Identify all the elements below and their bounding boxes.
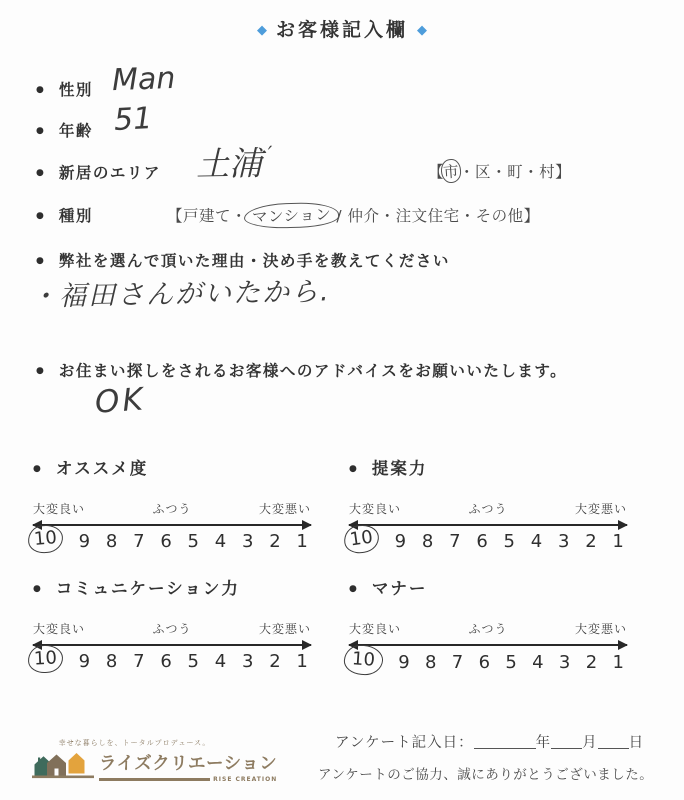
score-8: 8 xyxy=(106,531,117,552)
score-1: 1 xyxy=(612,652,623,673)
rating-label-communication: コミュニケーション力 xyxy=(56,575,240,599)
selected-score-circle: 10 xyxy=(343,644,384,677)
type-option-brokerage: 仲介 xyxy=(348,207,380,225)
field-row-age: ● 年齢 xyxy=(36,119,93,141)
page-title-text: お客様記入欄 xyxy=(276,19,408,41)
advice-label: お住まい探しをされるお客様へのアドバイスをお願いいたします。 xyxy=(59,359,567,381)
axis-label-worst: 大変悪い xyxy=(259,500,311,517)
bracket-close: 】 xyxy=(524,207,540,225)
page-title: ◆お客様記入欄◆ xyxy=(0,15,684,42)
area-option-ward: 区 xyxy=(475,163,491,181)
axis-label-best: 大変良い xyxy=(33,620,85,637)
area-option-town: 町 xyxy=(507,163,523,181)
score-10: 10 xyxy=(33,648,57,670)
scale-numbers: 10 9 8 7 6 5 4 3 2 1 xyxy=(349,530,627,553)
axis-labels: 大変良い ふつう 大変悪い xyxy=(33,500,311,517)
score-9: 9 xyxy=(79,651,90,672)
separator-dot: ・ xyxy=(380,207,396,225)
diamond-icon: ◆ xyxy=(417,23,427,38)
score-1: 1 xyxy=(612,531,623,552)
bullet-icon: ● xyxy=(36,168,44,178)
score-1: 1 xyxy=(296,651,307,672)
field-row-gender: ● 性別 xyxy=(36,78,93,100)
logo-company-name: ライズクリエーション xyxy=(99,750,277,775)
field-row-reason: ● 弊社を選んで頂いた理由・決め手を教えてください xyxy=(36,249,450,271)
scale-numbers: 10 9 8 7 6 5 4 3 2 1 xyxy=(33,650,311,673)
type-label: 種別 xyxy=(59,204,93,226)
gender-handwritten-value: Man xyxy=(111,61,175,98)
axis-label-normal: ふつう xyxy=(152,620,191,637)
year-label: 年 xyxy=(536,735,552,751)
type-option-other: その他 xyxy=(476,207,524,225)
month-label: 月 xyxy=(582,735,598,751)
logo-underline-bar xyxy=(99,778,210,781)
score-4: 4 xyxy=(215,531,226,552)
rating-scale-recommendation: ● オススメ度 大変良い ふつう 大変悪い 10 9 8 7 6 5 4 3 2… xyxy=(33,455,311,553)
field-row-type: ● 種別 xyxy=(36,204,93,226)
type-option-custom: 注文住宅 xyxy=(396,207,460,225)
axis-label-best: 大変良い xyxy=(349,620,401,637)
bullet-icon: ● xyxy=(349,464,357,474)
score-7: 7 xyxy=(449,531,460,552)
reason-handwritten-answer: ・福田さんがいたから. xyxy=(30,269,331,313)
field-row-area: ● 新居のエリア xyxy=(36,161,161,183)
score-7: 7 xyxy=(133,651,144,672)
scale-numbers: 10 9 8 7 6 5 4 3 2 1 xyxy=(349,650,627,675)
score-8: 8 xyxy=(425,652,436,673)
date-blank-month xyxy=(551,735,582,749)
score-6: 6 xyxy=(479,652,490,673)
age-handwritten-value: 51 xyxy=(113,101,153,138)
bullet-icon: ● xyxy=(36,85,44,95)
separator-dot: ・ xyxy=(491,163,507,181)
rating-scale-header: ● コミュニケーション力 xyxy=(33,575,311,599)
rating-label-proposal: 提案力 xyxy=(372,455,428,479)
score-8: 8 xyxy=(106,651,117,672)
rating-label-recommendation: オススメ度 xyxy=(56,455,148,479)
score-8: 8 xyxy=(422,531,433,552)
score-5: 5 xyxy=(188,651,199,672)
axis-label-worst: 大変悪い xyxy=(575,620,627,637)
score-4: 4 xyxy=(532,652,543,673)
reason-label: 弊社を選んで頂いた理由・決め手を教えてください xyxy=(59,249,450,271)
score-3: 3 xyxy=(242,651,253,672)
diamond-icon: ◆ xyxy=(257,23,267,38)
score-3: 3 xyxy=(559,652,570,673)
company-logo: 幸せな暮らしを、トータルプロデュース。 ライズクリエーション RISE CREA… xyxy=(32,738,237,783)
survey-date-label: アンケート記入日： xyxy=(335,735,474,751)
bullet-icon: ● xyxy=(36,256,44,266)
bullet-icon: ● xyxy=(33,464,41,474)
score-9: 9 xyxy=(398,652,409,673)
gender-label: 性別 xyxy=(59,78,93,100)
area-option-village: 村 xyxy=(539,163,555,181)
axis-label-worst: 大変悪い xyxy=(575,500,627,517)
bullet-icon: ● xyxy=(36,366,44,376)
field-row-advice: ● お住まい探しをされるお客様へのアドバイスをお願いいたします。 xyxy=(36,359,567,381)
survey-date-line: アンケート記入日：年月日 xyxy=(335,731,644,752)
area-label: 新居のエリア xyxy=(59,161,161,183)
rating-scale-communication: ● コミュニケーション力 大変良い ふつう 大変悪い 10 9 8 7 6 5 … xyxy=(33,575,311,673)
score-5: 5 xyxy=(188,531,199,552)
bullet-icon: ● xyxy=(33,584,41,594)
score-10: 10 xyxy=(33,527,58,550)
axis-label-normal: ふつう xyxy=(152,500,191,517)
score-6: 6 xyxy=(476,531,487,552)
bullet-icon: ● xyxy=(36,126,44,136)
type-option-mansion-circled: マンション xyxy=(244,201,340,229)
separator-dot: ・ xyxy=(460,207,476,225)
score-2: 2 xyxy=(269,531,280,552)
score-2: 2 xyxy=(586,652,597,673)
survey-scan-page: ◆お客様記入欄◆ ● 性別 Man ● 年齢 51 ● 新居のエリア 土浦′ 【… xyxy=(0,0,684,800)
scale-arrow-line xyxy=(349,644,627,646)
type-option-detached: 戸建て xyxy=(183,207,231,225)
bullet-icon: ● xyxy=(349,584,357,594)
separator-dot: ・ xyxy=(459,163,475,181)
axis-label-worst: 大変悪い xyxy=(259,620,311,637)
score-7: 7 xyxy=(452,652,463,673)
score-4: 4 xyxy=(531,531,542,552)
score-6: 6 xyxy=(160,531,171,552)
logo-company-name-en: RISE CREATION xyxy=(213,776,277,783)
score-1: 1 xyxy=(296,531,307,552)
separator-dot: ・ xyxy=(523,163,539,181)
score-3: 3 xyxy=(558,531,569,552)
scale-arrow-line xyxy=(33,524,311,526)
axis-label-normal: ふつう xyxy=(468,620,507,637)
area-options: 【市・区・町・村】 xyxy=(428,159,571,183)
rating-scale-header: ● 提案力 xyxy=(349,455,627,479)
area-option-city: 市 xyxy=(442,162,459,181)
area-option-city-circled: 市 xyxy=(440,158,462,183)
rating-scale-manners: ● マナー 大変良い ふつう 大変悪い 10 9 8 7 6 5 4 3 2 1 xyxy=(349,575,627,675)
area-handwritten-mark: ′ xyxy=(268,141,273,165)
thanks-message: アンケートのご協力、誠にありがとうございました。 xyxy=(318,763,653,783)
axis-labels: 大変良い ふつう 大変悪い xyxy=(349,500,627,517)
score-3: 3 xyxy=(242,531,253,552)
rating-label-manners: マナー xyxy=(372,575,428,599)
axis-label-normal: ふつう xyxy=(468,500,507,517)
scale-arrow-line xyxy=(349,524,627,526)
area-handwritten-value: 土浦′ xyxy=(196,137,273,185)
rating-scale-proposal: ● 提案力 大変良い ふつう 大変悪い 10 9 8 7 6 5 4 3 2 1 xyxy=(349,455,627,553)
score-5: 5 xyxy=(504,531,515,552)
houses-logo-icon xyxy=(32,752,94,783)
score-4: 4 xyxy=(215,651,226,672)
type-options: 【戸建て・マンション/ 仲介・注文住宅・その他】 xyxy=(167,203,540,228)
bullet-icon: ● xyxy=(36,211,44,221)
selected-score-circle: 10 xyxy=(27,644,63,674)
score-7: 7 xyxy=(133,531,144,552)
scale-numbers: 10 9 8 7 6 5 4 3 2 1 xyxy=(33,530,311,553)
selected-score-circle: 10 xyxy=(27,524,64,555)
score-2: 2 xyxy=(585,531,596,552)
score-9: 9 xyxy=(79,531,90,552)
scale-arrow-line xyxy=(33,644,311,646)
bracket-open: 【 xyxy=(167,207,183,225)
bracket-close: 】 xyxy=(555,163,571,181)
date-blank-day xyxy=(598,735,629,749)
score-5: 5 xyxy=(505,652,516,673)
date-blank-year xyxy=(474,735,536,749)
advice-handwritten-answer: OK xyxy=(94,381,147,420)
score-10: 10 xyxy=(351,649,375,672)
logo-tagline: 幸せな暮らしを、トータルプロデュース。 xyxy=(32,738,237,748)
type-option-mansion: マンション xyxy=(252,206,332,227)
score-10: 10 xyxy=(349,527,375,551)
age-label: 年齢 xyxy=(59,119,93,141)
rating-scale-header: ● マナー xyxy=(349,575,627,599)
score-6: 6 xyxy=(160,651,171,672)
axis-label-best: 大変良い xyxy=(349,500,401,517)
axis-labels: 大変良い ふつう 大変悪い xyxy=(349,620,627,637)
rating-scale-header: ● オススメ度 xyxy=(33,455,311,479)
score-9: 9 xyxy=(395,531,406,552)
axis-labels: 大変良い ふつう 大変悪い xyxy=(33,620,311,637)
score-2: 2 xyxy=(269,651,280,672)
area-handwritten-text: 土浦 xyxy=(196,144,263,184)
axis-label-best: 大変良い xyxy=(33,500,85,517)
day-label: 日 xyxy=(629,735,645,751)
